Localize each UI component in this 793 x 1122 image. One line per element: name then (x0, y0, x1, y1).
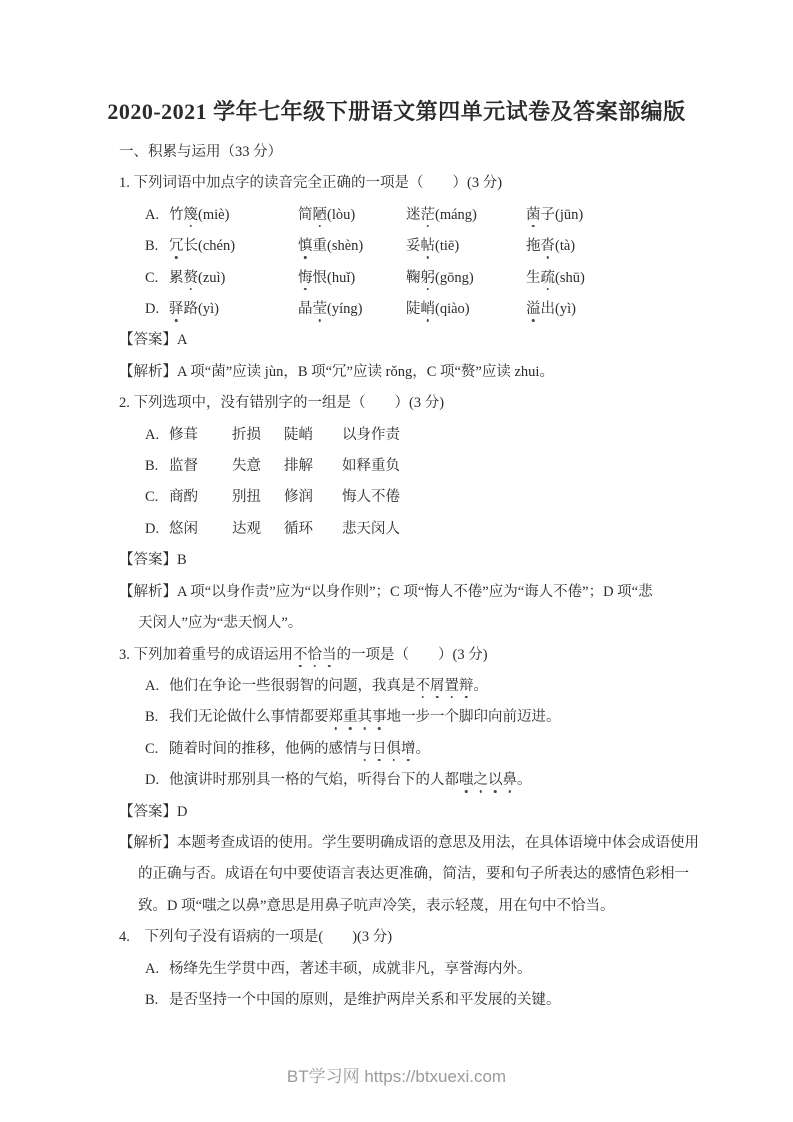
text-run: 1. 下列词语中加点字的读音完全正确的一项是（ ）(3 分) (119, 175, 502, 191)
emphasis-char: 帖 (421, 238, 436, 254)
option-label: D. (145, 765, 169, 796)
emphasis-char: 菌 (526, 207, 541, 223)
text-run: 。 (416, 741, 431, 757)
text-run: 修葺 (169, 427, 198, 443)
option-cell: 他们在争论一些很弱智的问题，我真是不屑置辩。 (169, 671, 488, 702)
text-run: 长(chén) (184, 238, 236, 254)
questions-container: 1. 下列词语中加点字的读音完全正确的一项是（ ）(3 分)A.竹篾(miè)简… (119, 168, 703, 1016)
question-stem: 4. 下列句子没有语病的一项是( )(3 分) (119, 922, 703, 953)
text-run: (zuì) (198, 270, 225, 286)
text-run: 悔人不倦 (342, 489, 400, 505)
option-label: D. (145, 294, 169, 325)
option-cell: 生疏(shū) (526, 263, 585, 294)
option-row: C.商酌别扭修润悔人不倦 (119, 482, 703, 513)
text-run: 别扭 (232, 489, 261, 505)
emphasis-char: 莹 (313, 301, 328, 317)
text-run: (máng) (435, 207, 477, 223)
option-cell: 陡峭(qiào) (406, 294, 526, 325)
option-row: D.悠闲达观循环悲天闵人 (119, 514, 703, 545)
emphasis-char: 峭 (421, 301, 436, 317)
emphasis-char: 当 (322, 647, 337, 663)
emphasis-char: 事 (372, 709, 387, 725)
option-cell: 驿路(yì) (169, 294, 298, 325)
text-run: 监督 (169, 458, 198, 474)
answer-line: 【答案】B (119, 545, 703, 576)
text-run: (tiē) (435, 238, 459, 254)
option-cell: 竹篾(miè) (169, 200, 298, 231)
section-heading: 一、积累与运用（33 分） (119, 137, 703, 168)
emphasis-char: 慎 (298, 238, 313, 254)
emphasis-char: 日 (372, 741, 387, 757)
option-cell: 鞠躬(gōng) (406, 263, 526, 294)
option-cell: 悲天闵人 (342, 514, 400, 545)
text-run: 悲天闵人 (342, 521, 400, 537)
question-stem: 1. 下列词语中加点字的读音完全正确的一项是（ ）(3 分) (119, 168, 703, 199)
text-run: 陡 (406, 301, 421, 317)
text-run: 。 (517, 772, 532, 788)
text-run: 子(jūn) (541, 207, 584, 223)
emphasis-char: 驿 (169, 301, 184, 317)
emphasis-char: 躬 (421, 270, 436, 286)
text-run: 出(yì) (541, 301, 576, 317)
option-label: A. (145, 420, 169, 451)
option-row: D.他演讲时那别具一格的气焰，听得台下的人都嗤之以鼻。 (119, 765, 703, 796)
answer-line: 【答案】D (119, 797, 703, 828)
emphasis-char: 增 (401, 741, 416, 757)
emphasis-char: 沓 (541, 238, 556, 254)
option-cell: 迷茫(máng) (406, 200, 526, 231)
emphasis-char: 与 (358, 741, 373, 757)
text-run: (yíng) (327, 301, 362, 317)
text-run: 如释重负 (342, 458, 400, 474)
option-label: B. (145, 451, 169, 482)
text-run: 杨绛先生学贯中西，著述丰硕，成就非凡，享誉海内外。 (169, 961, 532, 977)
emphasis-char: 溢 (526, 301, 541, 317)
footer-watermark: BT学习网 https://btxuexi.com (0, 1062, 793, 1087)
option-cell: 随着时间的推移，他俩的感情与日俱增。 (169, 734, 430, 765)
text-run: 恨(huǐ) (313, 270, 356, 286)
option-row: B.监督失意排解如释重负 (119, 451, 703, 482)
text-run: 修润 (284, 489, 313, 505)
text-run: 鞠 (406, 270, 421, 286)
option-cell: 失意 (232, 451, 284, 482)
text-run: (miè) (198, 207, 229, 223)
text-run: 悠闲 (169, 521, 198, 537)
option-label: A. (145, 954, 169, 985)
text-run: (tà) (555, 238, 575, 254)
text-run: 妥 (406, 238, 421, 254)
option-label: D. (145, 514, 169, 545)
emphasis-char: 重 (343, 709, 358, 725)
option-cell: 拖沓(tà) (526, 231, 575, 262)
emphasis-char: 不 (293, 647, 308, 663)
option-row: B.我们无论做什么事情都要郑重其事地一步一个脚印向前迈进。 (119, 702, 703, 733)
text-run: 简 (298, 207, 313, 223)
text-run: 竹 (169, 207, 184, 223)
option-cell: 修润 (284, 482, 342, 513)
emphasis-char: 疏 (541, 270, 556, 286)
option-row: D.驿路(yì)晶莹(yíng)陡峭(qiào)溢出(yì) (119, 294, 703, 325)
option-cell: 他演讲时那别具一格的气焰，听得台下的人都嗤之以鼻。 (169, 765, 532, 796)
emphasis-char: 以 (488, 772, 503, 788)
text-run: 路(yì) (184, 301, 219, 317)
page-title: 2020-2021 学年七年级下册语文第四单元试卷及答案部编版 (0, 0, 793, 127)
question-stem: 3. 下列加着重号的成语运用不恰当的一项是（ ）(3 分) (119, 640, 703, 671)
option-cell: 别扭 (232, 482, 284, 513)
text-run: 拖 (526, 238, 541, 254)
analysis-line: 的正确与否。成语在句中要使语言表达更准确，简洁，要和句子所表达的感情色彩相一 (119, 859, 703, 890)
text-run: (qiào) (435, 301, 470, 317)
option-row: A.竹篾(miè)简陋(lòu)迷茫(máng)菌子(jūn) (119, 200, 703, 231)
text-run: 3. 下列加着重号的成语运用 (119, 647, 293, 663)
option-cell: 溢出(yì) (526, 294, 576, 325)
option-row: C.累赘(zuì)悔恨(huǐ)鞠躬(gōng)生疏(shū) (119, 263, 703, 294)
option-cell: 悠闲 (169, 514, 232, 545)
option-cell: 菌子(jūn) (526, 200, 583, 231)
option-label: A. (145, 200, 169, 231)
document-page: 2020-2021 学年七年级下册语文第四单元试卷及答案部编版 一、积累与运用（… (0, 0, 793, 1122)
text-run: (shū) (555, 270, 585, 286)
emphasis-char: 辩 (459, 678, 474, 694)
answer-line: 【答案】A (119, 325, 703, 356)
text-run: 以身作责 (342, 427, 400, 443)
text-run: 随着时间的推移，他俩的感情 (169, 741, 358, 757)
option-cell: 累赘(zuì) (169, 263, 298, 294)
option-cell: 排解 (284, 451, 342, 482)
option-label: C. (145, 734, 169, 765)
text-run: 累 (169, 270, 184, 286)
text-run: 的一项是（ ）(3 分) (337, 647, 488, 663)
option-cell: 慎重(shèn) (298, 231, 406, 262)
option-cell: 商酌 (169, 482, 232, 513)
emphasis-char: 屑 (430, 678, 445, 694)
text-run: 失意 (232, 458, 261, 474)
option-cell: 陡峭 (284, 420, 342, 451)
option-label: B. (145, 985, 169, 1016)
text-run: 排解 (284, 458, 313, 474)
emphasis-char: 陋 (313, 207, 328, 223)
emphasis-char: 悔 (298, 270, 313, 286)
emphasis-char: 茫 (421, 207, 436, 223)
analysis-line: 致。D 项“嗤之以鼻”意思是用鼻子吭声冷笑，表示轻蔑，用在句中不恰当。 (119, 891, 703, 922)
text-run: 他演讲时那别具一格的气焰，听得台下的人都 (169, 772, 459, 788)
emphasis-char: 置 (445, 678, 460, 694)
text-run: (gōng) (435, 270, 474, 286)
option-label: B. (145, 231, 169, 262)
option-label: C. (145, 263, 169, 294)
text-run: 生 (526, 270, 541, 286)
text-run: 。 (474, 678, 489, 694)
option-cell: 简陋(lòu) (298, 200, 406, 231)
emphasis-char: 恰 (308, 647, 323, 663)
option-cell: 晶莹(yíng) (298, 294, 406, 325)
emphasis-char: 俱 (387, 741, 402, 757)
option-cell: 循环 (284, 514, 342, 545)
text-run: 迷 (406, 207, 421, 223)
emphasis-char: 冗 (169, 238, 184, 254)
option-label: C. (145, 482, 169, 513)
option-cell: 如释重负 (342, 451, 400, 482)
option-cell: 杨绛先生学贯中西，著述丰硕，成就非凡，享誉海内外。 (169, 954, 532, 985)
analysis-line: 天闵人”应为“悲天悯人”。 (119, 608, 703, 639)
text-run: 晶 (298, 301, 313, 317)
emphasis-char: 之 (474, 772, 489, 788)
emphasis-char: 赘 (184, 270, 199, 286)
option-cell: 悔恨(huǐ) (298, 263, 406, 294)
option-cell: 妥帖(tiē) (406, 231, 526, 262)
text-run: 4. 下列句子没有语病的一项是( )(3 分) (119, 929, 392, 945)
emphasis-char: 鼻 (503, 772, 518, 788)
option-cell: 折损 (232, 420, 284, 451)
text-run: 达观 (232, 521, 261, 537)
option-row: A.修葺折损陡峭以身作责 (119, 420, 703, 451)
option-cell: 悔人不倦 (342, 482, 400, 513)
option-row: C.随着时间的推移，他俩的感情与日俱增。 (119, 734, 703, 765)
option-cell: 以身作责 (342, 420, 400, 451)
text-run: 我们无论做什么事情都要 (169, 709, 329, 725)
text-run: 商酌 (169, 489, 198, 505)
emphasis-char: 嗤 (459, 772, 474, 788)
option-cell: 我们无论做什么事情都要郑重其事地一步一个脚印向前迈进。 (169, 702, 561, 733)
text-run: 他们在争论一些很弱智的问题，我真是 (169, 678, 416, 694)
emphasis-char: 其 (358, 709, 373, 725)
text-run: 折损 (232, 427, 261, 443)
option-cell: 冗长(chén) (169, 231, 298, 262)
option-label: B. (145, 702, 169, 733)
text-run: 2. 下列选项中，没有错别字的一组是（ ）(3 分) (119, 395, 444, 411)
option-cell: 修葺 (169, 420, 232, 451)
option-row: B.是否坚持一个中国的原则，是维护两岸关系和平发展的关键。 (119, 985, 703, 1016)
text-run: 是否坚持一个中国的原则，是维护两岸关系和平发展的关键。 (169, 992, 561, 1008)
emphasis-char: 郑 (329, 709, 344, 725)
option-label: A. (145, 671, 169, 702)
text-run: 陡峭 (284, 427, 313, 443)
text-run: 重(shèn) (313, 238, 364, 254)
option-row: A.他们在争论一些很弱智的问题，我真是不屑置辩。 (119, 671, 703, 702)
analysis-line: 【解析】A 项“以身作责”应为“以身作则”；C 项“悔人不倦”应为“诲人不倦”；… (119, 577, 703, 608)
option-row: B.冗长(chén)慎重(shèn)妥帖(tiē)拖沓(tà) (119, 231, 703, 262)
option-cell: 监督 (169, 451, 232, 482)
analysis-line: 【解析】本题考查成语的使用。学生要明确成语的意思及用法，在具体语境中体会成语使用 (119, 828, 703, 859)
text-run: 循环 (284, 521, 313, 537)
option-cell: 是否坚持一个中国的原则，是维护两岸关系和平发展的关键。 (169, 985, 561, 1016)
option-row: A.杨绛先生学贯中西，著述丰硕，成就非凡，享誉海内外。 (119, 954, 703, 985)
text-run: 地一步一个脚印向前迈进。 (387, 709, 561, 725)
text-run: (lòu) (327, 207, 355, 223)
emphasis-char: 篾 (184, 207, 199, 223)
document-body: 一、积累与运用（33 分） 1. 下列词语中加点字的读音完全正确的一项是（ ）(… (119, 137, 703, 1016)
emphasis-char: 不 (416, 678, 431, 694)
option-cell: 达观 (232, 514, 284, 545)
question-stem: 2. 下列选项中，没有错别字的一组是（ ）(3 分) (119, 388, 703, 419)
analysis-line: 【解析】A 项“菌”应读 jùn，B 项“冗”应读 rǒng，C 项“赘”应读 … (119, 357, 703, 388)
